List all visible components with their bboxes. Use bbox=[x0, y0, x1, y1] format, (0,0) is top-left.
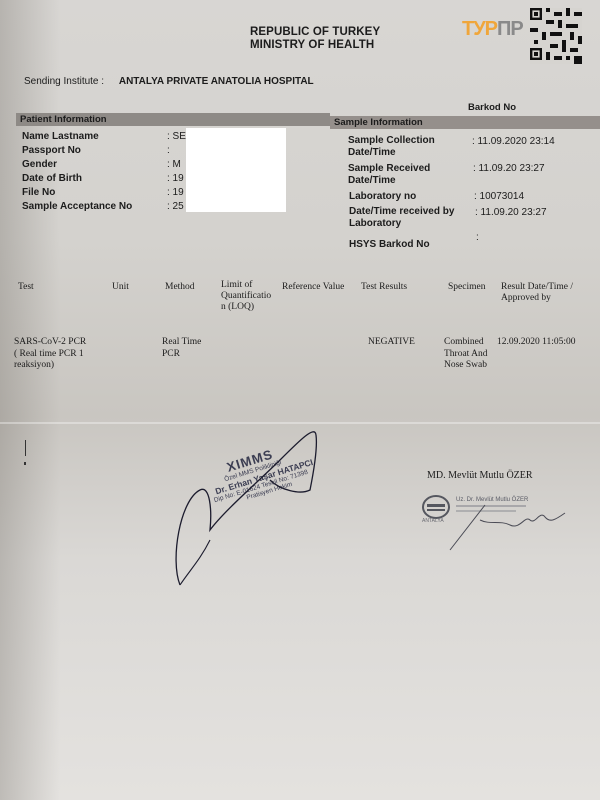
sending-label: Sending Institute : bbox=[24, 76, 104, 87]
value-file-no: : 19 bbox=[167, 187, 186, 201]
watermark-part1: ТУР bbox=[462, 18, 497, 40]
test-name-line1: SARS-CoV-2 PCR bbox=[14, 337, 86, 349]
lab-received-label-2: Laboratory bbox=[349, 218, 454, 230]
value-gender: : M bbox=[167, 159, 186, 173]
hsys-barkod-label: HSYS Barkod No bbox=[349, 239, 430, 251]
result-value: NEGATIVE bbox=[368, 337, 415, 349]
watermark-part2: ПР bbox=[497, 18, 523, 40]
patient-info-header: Patient Information bbox=[16, 113, 330, 126]
patient-values: : SE : : M : 19 : 19 : 25 bbox=[167, 131, 186, 215]
margin-mark bbox=[25, 440, 26, 456]
field-date-of-birth: Date of Birth bbox=[22, 173, 132, 187]
sample-field-lab-received: Date/Time received by Laboratory bbox=[349, 206, 454, 230]
field-passport-no: Passport No bbox=[22, 145, 132, 159]
watermark-logo: ТУРПР bbox=[462, 18, 523, 41]
col-result-date: Result Date/Time / Approved by bbox=[501, 282, 573, 304]
laboratory-no-label: Laboratory no bbox=[349, 191, 416, 203]
field-sample-acceptance-no: Sample Acceptance No bbox=[22, 201, 132, 215]
sample-field-collection: Sample Collection Date/Time bbox=[348, 135, 435, 159]
ministry-header: REPUBLIC OF TURKEY MINISTRY OF HEALTH bbox=[250, 26, 380, 52]
method-line2: PCR bbox=[162, 349, 201, 361]
value-sample-acceptance-no: : 25 bbox=[167, 201, 186, 215]
value-passport-no: : bbox=[167, 145, 186, 159]
specimen-line1: Combined bbox=[444, 337, 488, 349]
row-specimen: Combined Throat And Nose Swab bbox=[444, 337, 488, 372]
col-loq-line2: Quantificatio bbox=[221, 291, 271, 302]
sample-received-label-1: Sample Received bbox=[348, 163, 430, 175]
field-name-lastname: Name Lastname bbox=[22, 131, 132, 145]
sending-value: ANTALYA PRIVATE ANATOLIA HOSPITAL bbox=[119, 76, 314, 87]
lab-received-value: : 11.09.20 23:27 bbox=[475, 207, 547, 219]
col-test: Test bbox=[18, 282, 34, 293]
col-reference: Reference Value bbox=[282, 282, 344, 293]
method-line1: Real Time bbox=[162, 337, 201, 349]
patient-fields: Name Lastname Passport No Gender Date of… bbox=[22, 131, 132, 215]
sending-institute: Sending Institute : ANTALYA PRIVATE ANAT… bbox=[24, 76, 314, 88]
signature-scribble-2 bbox=[440, 495, 580, 555]
sample-field-received: Sample Received Date/Time bbox=[348, 163, 430, 187]
sample-received-label-2: Date/Time bbox=[348, 175, 430, 187]
col-loq-line3: n (LOQ) bbox=[221, 302, 271, 313]
barkod-label: Barkod No bbox=[468, 102, 516, 113]
qr-code-icon bbox=[530, 8, 582, 64]
header-line1: REPUBLIC OF TURKEY bbox=[250, 26, 380, 39]
sample-received-value: : 11.09.20 23:27 bbox=[473, 163, 545, 175]
value-name-lastname: : SE bbox=[167, 131, 186, 145]
lab-received-label-1: Date/Time received by bbox=[349, 206, 454, 218]
row-method: Real Time PCR bbox=[162, 337, 201, 360]
specimen-line2: Throat And bbox=[444, 349, 488, 361]
col-results: Test Results bbox=[361, 282, 407, 293]
test-name-line2: ( Real time PCR 1 bbox=[14, 349, 86, 361]
field-gender: Gender bbox=[22, 159, 132, 173]
col-loq-line1: Limit of bbox=[221, 280, 271, 291]
col-loq: Limit of Quantificatio n (LOQ) bbox=[221, 280, 271, 313]
row-test: SARS-CoV-2 PCR ( Real time PCR 1 reaksiy… bbox=[14, 337, 86, 372]
col-method: Method bbox=[165, 282, 195, 293]
value-date-of-birth: : 19 bbox=[167, 173, 186, 187]
test-name-line3: reaksiyon) bbox=[14, 360, 86, 372]
redaction-box bbox=[186, 128, 286, 212]
sample-collection-label-2: Date/Time bbox=[348, 147, 435, 159]
margin-mark bbox=[24, 462, 26, 465]
sample-info-header: Sample Information bbox=[330, 116, 600, 129]
sample-collection-value: : 11.09.2020 23:14 bbox=[472, 136, 555, 148]
result-date-value: 12.09.2020 11:05:00 bbox=[497, 337, 576, 349]
field-file-no: File No bbox=[22, 187, 132, 201]
col-specimen: Specimen bbox=[448, 282, 485, 293]
col-unit: Unit bbox=[112, 282, 129, 293]
header-line2: MINISTRY OF HEALTH bbox=[250, 39, 380, 52]
hsys-barkod-value: : bbox=[476, 232, 479, 244]
col-result-date-line2: Approved by bbox=[501, 293, 573, 304]
approver-name: MD. Mevlüt Mutlu ÖZER bbox=[427, 470, 533, 481]
sample-collection-label-1: Sample Collection bbox=[348, 135, 435, 147]
col-result-date-line1: Result Date/Time / bbox=[501, 282, 573, 293]
signature-scribble-1 bbox=[170, 420, 350, 600]
laboratory-no-value: : 10073014 bbox=[474, 191, 524, 203]
specimen-line3: Nose Swab bbox=[444, 360, 488, 372]
